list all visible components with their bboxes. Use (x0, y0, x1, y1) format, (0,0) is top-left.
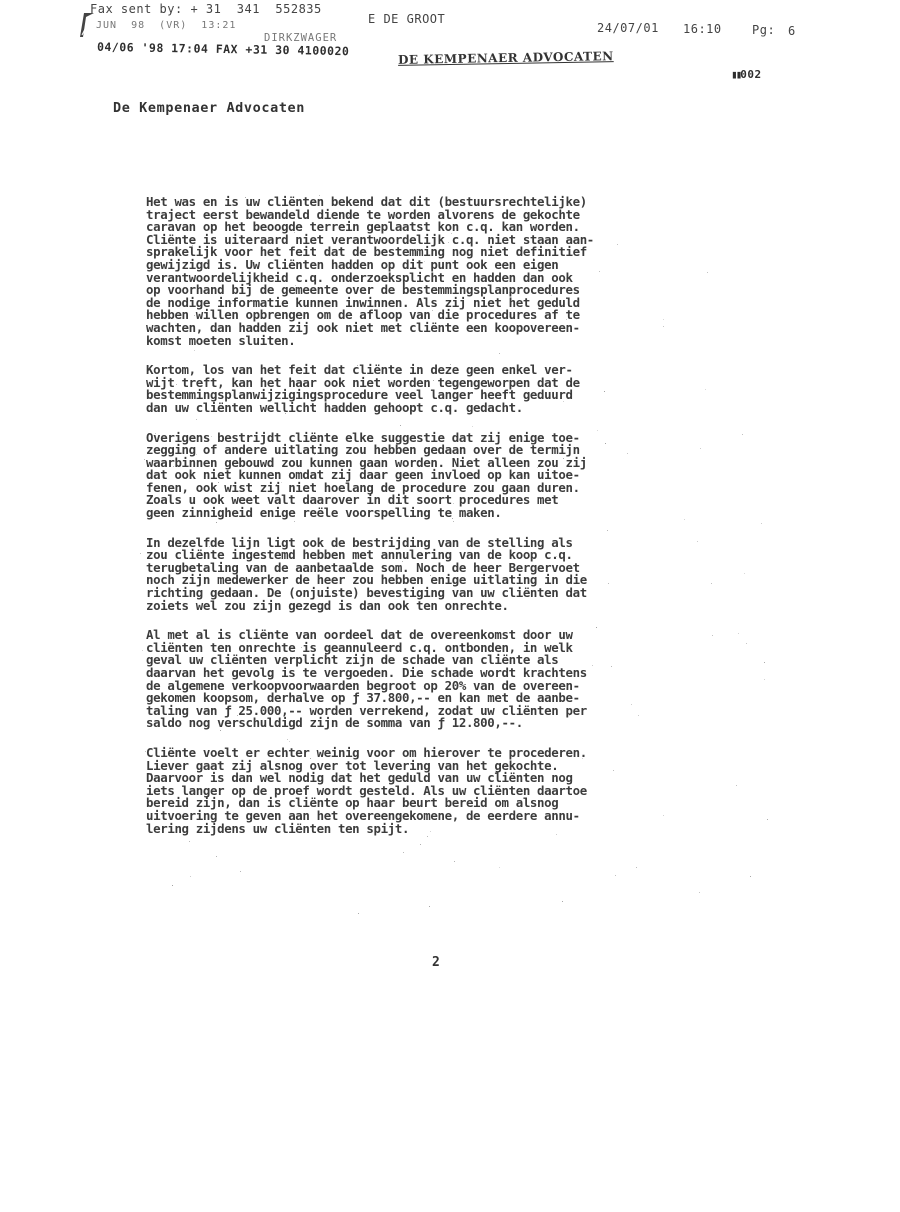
letter-body: Het was en is uw cliënten bekend dat dit… (146, 196, 766, 852)
fax-sent-by-number: + 31 341 552835 (190, 2, 321, 16)
scan-speckle (738, 633, 739, 634)
fax-date: 24/07/01 (597, 21, 659, 35)
scan-speckle (562, 901, 563, 902)
scan-speckle (226, 316, 227, 317)
scan-speckle (358, 913, 359, 914)
scan-speckle (211, 436, 212, 437)
scan-speckle (295, 285, 296, 286)
scan-speckle (451, 233, 452, 234)
scan-speckle (746, 643, 747, 644)
scan-speckle (240, 871, 241, 872)
scan-speckle (604, 391, 605, 392)
scan-speckle (453, 521, 454, 522)
scan-speckle (285, 413, 286, 414)
scan-speckle (400, 425, 401, 426)
scan-speckle (472, 426, 473, 427)
letterhead: De Kempenaer Advocaten (113, 100, 305, 116)
scan-speckle (351, 604, 352, 605)
scan-speckle (611, 666, 612, 667)
scan-speckle (289, 741, 290, 742)
text-line: komst moeten sluiten. (146, 335, 766, 348)
paragraph: Overigens bestrijdt cliënte elke suggest… (146, 432, 766, 520)
scan-speckle (499, 867, 500, 868)
scan-speckle (520, 490, 521, 491)
scan-speckle (158, 590, 159, 591)
scan-speckle (417, 472, 418, 473)
scan-speckle (176, 384, 177, 385)
fax-sent-by-label: Fax sent by (90, 2, 175, 16)
scan-speckle (750, 876, 751, 877)
scan-speckle (190, 876, 191, 877)
scan-speckle (192, 210, 193, 211)
scan-speckle (705, 389, 706, 390)
scan-speckle (563, 401, 564, 402)
scan-speckle (452, 518, 453, 519)
scan-speckle (192, 245, 193, 246)
scan-speckle (420, 844, 421, 845)
scan-speckle (493, 553, 494, 554)
scan-speckle (259, 503, 260, 504)
scan-speckle (335, 647, 336, 648)
scan-speckle (194, 315, 195, 316)
scan-speckle (366, 252, 367, 253)
scan-speckle (288, 689, 289, 690)
scan-speckle (140, 553, 141, 554)
scan-speckle (298, 490, 299, 491)
scan-speckle (711, 583, 712, 584)
scan-speckle (596, 627, 597, 628)
scan-speckle (430, 831, 431, 832)
scan-speckle (663, 319, 664, 320)
scan-speckle (430, 575, 431, 576)
scan-speckle (229, 473, 230, 474)
paragraph: Kortom, los van het feit dat cliënte in … (146, 364, 766, 414)
scan-speckle (699, 892, 700, 893)
scan-speckle (761, 523, 762, 524)
scan-speckle (617, 244, 618, 245)
scan-speckle (563, 458, 564, 459)
text-line: zoiets wel zou zijn gezegd is dan ook te… (146, 600, 766, 613)
scan-speckle (399, 404, 400, 405)
text-line: saldo nog verschuldigd zijn de somma van… (146, 717, 766, 730)
scan-speckle (631, 704, 632, 705)
fax-time: 16:10 (683, 22, 722, 36)
scan-speckle (736, 785, 737, 786)
scan-speckle (429, 906, 430, 907)
scan-speckle (155, 433, 156, 434)
paragraph: Cliënte voelt er echter weinig voor om h… (146, 747, 766, 835)
scan-speckle (527, 592, 528, 593)
scan-speckle (453, 503, 454, 504)
scan-speckle (700, 448, 701, 449)
scan-speckle (663, 815, 664, 816)
scan-speckle (554, 251, 555, 252)
scan-speckle (556, 556, 557, 557)
text-line: geen zinnigheid enige reële voorspelling… (146, 507, 766, 520)
scan-speckle (294, 232, 295, 233)
fax-sent-by: Fax sent by: + 31 341 552835 (90, 2, 322, 16)
firm-stamp: DE KEMPENAER ADVOCATEN (398, 49, 614, 67)
fax-logo-icon (80, 13, 94, 37)
scan-speckle (448, 242, 449, 243)
scan-speckle (209, 546, 210, 547)
page-number: 2 (432, 955, 440, 970)
scan-speckle (216, 856, 217, 857)
scan-speckle (524, 477, 525, 478)
scan-speckle (151, 773, 152, 774)
scan-speckle (744, 573, 745, 574)
scan-speckle (189, 841, 190, 842)
scan-speckle (196, 419, 197, 420)
scan-speckle (402, 561, 403, 562)
scan-speckle (454, 861, 455, 862)
scan-speckle (597, 430, 598, 431)
scan-speckle (582, 758, 583, 759)
scan-speckle (476, 583, 477, 584)
scan-speckle (276, 484, 277, 485)
paragraph: In dezelfde lijn ligt ook de bestrijding… (146, 537, 766, 613)
scan-speckle (436, 287, 437, 288)
scan-speckle (172, 885, 173, 886)
paragraph: Het was en is uw cliënten bekend dat dit… (146, 196, 766, 347)
scan-speckle (607, 530, 608, 531)
scan-speckle (194, 350, 195, 351)
scan-speckle (712, 635, 713, 636)
scan-speckle (400, 695, 401, 696)
scan-speckle (281, 482, 282, 483)
scan-speckle (684, 519, 685, 520)
scan-speckle (142, 650, 143, 651)
scan-speckle (417, 250, 418, 251)
scan-speckle (424, 261, 425, 262)
scan-speckle (490, 674, 491, 675)
scan-speckle (335, 373, 336, 374)
scan-speckle (145, 751, 146, 752)
scan-speckle (613, 770, 614, 771)
scan-speckle (485, 438, 486, 439)
scan-speckle (237, 715, 238, 716)
paragraph: Al met al is cliënte van oordeel dat de … (146, 629, 766, 730)
scan-speckle (319, 195, 320, 196)
scan-speckle (569, 715, 570, 716)
fax-second-line: 04/06 '98 17:04 FAX +31 30 4100020 (97, 40, 350, 58)
scan-speckle (403, 852, 404, 853)
fax-sender-name: E DE GROOT (368, 12, 445, 26)
scan-speckle (533, 258, 534, 259)
scan-speckle (551, 295, 552, 296)
fax-page-label: Pg: (752, 23, 775, 37)
scan-speckle (433, 380, 434, 381)
scan-speckle (216, 522, 217, 523)
scan-speckle (592, 665, 593, 666)
text-line: lering zijdens uw cliënten ten spijt. (146, 823, 766, 836)
scan-speckle (627, 453, 628, 454)
scan-speckle (357, 365, 358, 366)
scan-speckle (742, 434, 743, 435)
scan-speckle (608, 583, 609, 584)
scan-speckle (287, 739, 288, 740)
scan-speckle (424, 518, 425, 519)
scan-speckle (218, 482, 219, 483)
scan-speckle (245, 197, 246, 198)
scan-speckle (418, 261, 419, 262)
fax-garbled-line: JUN 98 (VR) 13:21 (96, 20, 236, 31)
scan-speckle (173, 466, 174, 467)
scan-speckle (615, 875, 616, 876)
scan-speckle (767, 819, 768, 820)
scan-speckle (449, 607, 450, 608)
scan-speckle (220, 730, 221, 731)
fax-page-code: ▮▮002 (731, 68, 762, 81)
scan-speckle (638, 715, 639, 716)
scan-speckle (707, 272, 708, 273)
scan-speckle (314, 454, 315, 455)
scan-speckle (427, 836, 428, 837)
scan-speckle (599, 271, 600, 272)
scan-speckle (764, 662, 765, 663)
scan-speckle (301, 647, 302, 648)
scan-speckle (385, 330, 386, 331)
scan-speckle (348, 215, 349, 216)
scan-speckle (509, 292, 510, 293)
scan-speckle (605, 443, 606, 444)
scan-speckle (697, 541, 698, 542)
scan-speckle (432, 310, 433, 311)
scan-speckle (636, 867, 637, 868)
scan-speckle (663, 326, 664, 327)
scan-speckle (144, 459, 145, 460)
scan-speckle (764, 679, 765, 680)
scan-speckle (566, 319, 567, 320)
scan-speckle (450, 364, 451, 365)
text-line: dan uw cliënten wellicht hadden gehoopt … (146, 402, 766, 415)
scan-speckle (231, 303, 232, 304)
scan-speckle (196, 454, 197, 455)
fax-page-value: 6 (788, 24, 796, 38)
scan-speckle (310, 758, 311, 759)
scan-speckle (499, 353, 500, 354)
scan-speckle (294, 521, 295, 522)
scan-speckle (537, 467, 538, 468)
scan-speckle (556, 834, 557, 835)
scan-speckle (332, 217, 333, 218)
